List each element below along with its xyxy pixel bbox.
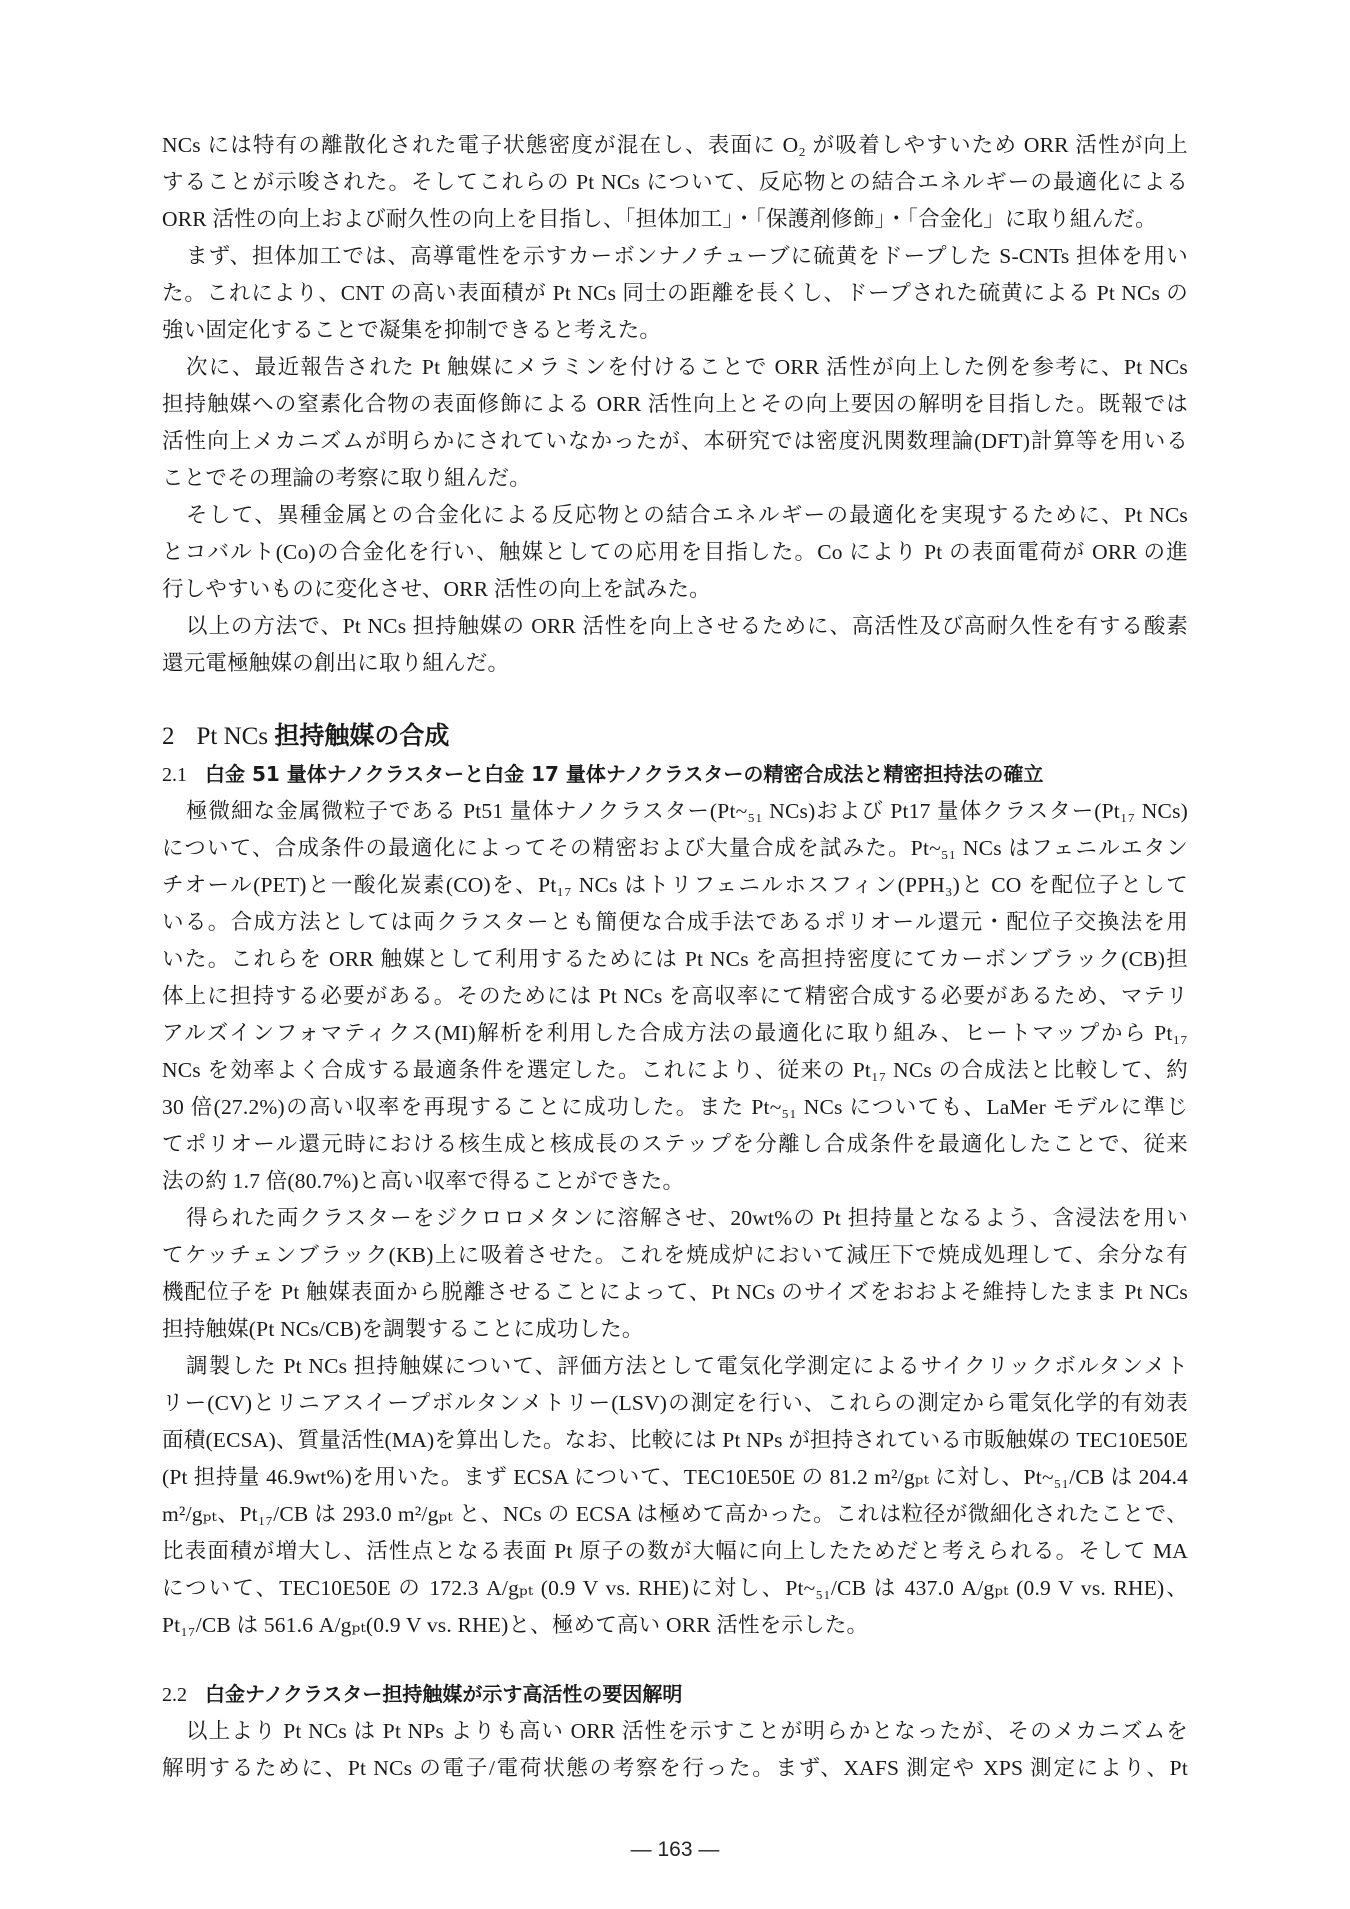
body-text-line: 機配位子を Pt 触媒表面から脱離させることによって、Pt NCs のサイズをお… xyxy=(162,1277,1188,1307)
body-text-line: 活性向上メカニズムが明らかにされていなかったが、本研究では密度汎関数理論(DFT… xyxy=(162,426,1188,456)
document-page: NCs には特有の離散化された電子状態密度が混在し、表面に O₂ が吸着しやすい… xyxy=(0,0,1350,1909)
section-number: 2 xyxy=(162,723,175,750)
body-text-line: 極微細な金属微粒子である Pt51 量体ナノクラスター(Pt~₅₁ NCs)およ… xyxy=(186,796,1188,826)
body-text-line: 次に、最近報告された Pt 触媒にメラミンを付けることで ORR 活性が向上した… xyxy=(186,352,1188,382)
body-text-line: ORR 活性の向上および耐久性の向上を目指し、「担体加工」・「保護剤修飾」・「合… xyxy=(162,204,1188,234)
body-text-line: 担持触媒(Pt NCs/CB)を調製することに成功した。 xyxy=(162,1314,1188,1344)
subsection-title: 白金ナノクラスター担持触媒が示す高活性の要因解明 xyxy=(205,1682,682,1706)
body-text-line: アルズインフォマティクス(MI)解析を利用した合成方法の最適化に取り組み、ヒート… xyxy=(162,1018,1188,1048)
body-text-line: 比表面積が増大し、活性点となる表面 Pt 原子の数が大幅に向上したためだと考えら… xyxy=(162,1536,1188,1566)
body-text-line: 還元電極触媒の創出に取り組んだ。 xyxy=(162,648,1188,678)
body-text-line: 以上より Pt NCs は Pt NPs よりも高い ORR 活性を示すことが明… xyxy=(186,1716,1188,1746)
body-text-line: いた。これらを ORR 触媒として利用するためには Pt NCs を高担持密度に… xyxy=(162,944,1188,974)
body-text-line: てケッチェンブラック(KB)上に吸着させた。これを焼成炉において減圧下で焼成処理… xyxy=(162,1240,1188,1270)
body-text-line: てポリオール還元時における核生成と核成長のステップを分離し合成条件を最適化したこ… xyxy=(162,1129,1188,1159)
body-text-line: について、合成条件の最適化によってその精密および大量合成を試みた。Pt~₅₁ N… xyxy=(162,833,1188,863)
body-text-line: 体上に担持する必要がある。そのためには Pt NCs を高収率にて精密合成する必… xyxy=(162,981,1188,1011)
body-text-line: m²/gₚₜ、Pt₁₇/CB は 293.0 m²/gₚₜ と、NCs の EC… xyxy=(162,1499,1188,1529)
section-heading: 2Pt NCs 担持触媒の合成 xyxy=(162,720,449,753)
body-text-line: 法の約 1.7 倍(80.7%)と高い収率で得ることができた。 xyxy=(162,1166,1188,1196)
body-text-line: ことでその理論の考察に取り組んだ。 xyxy=(162,463,1188,493)
body-text-line: いる。合成方法としては両クラスターとも簡便な合成手法であるポリオール還元・配位子… xyxy=(162,907,1188,937)
body-text-line: とコバルト(Co)の合金化を行い、触媒としての応用を目指した。Co により Pt… xyxy=(162,537,1188,567)
body-text-line: NCs には特有の離散化された電子状態密度が混在し、表面に O₂ が吸着しやすい… xyxy=(162,130,1188,160)
page-number: — 163 — xyxy=(0,1838,1350,1862)
body-text-line: NCs を効率よく合成する最適条件を選定した。これにより、従来の Pt₁₇ NC… xyxy=(162,1055,1188,1085)
body-text-line: 面積(ECSA)、質量活性(MA)を算出した。なお、比較には Pt NPs が担… xyxy=(162,1425,1188,1455)
section-title-latin: Pt NCs xyxy=(197,723,269,750)
body-text-line: リー(CV)とリニアスイープボルタンメトリー(LSV)の測定を行い、これらの測定… xyxy=(162,1388,1188,1418)
body-text-line: 以上の方法で、Pt NCs 担持触媒の ORR 活性を向上させるために、高活性及… xyxy=(186,611,1188,641)
section-title-jp: 担持触媒の合成 xyxy=(274,721,449,750)
body-text-line: 行しやすいものに変化させ、ORR 活性の向上を試みた。 xyxy=(162,574,1188,604)
body-text-line: (Pt 担持量 46.9wt%)を用いた。まず ECSA について、TEC10E… xyxy=(162,1462,1188,1492)
body-text-line: まず、担体加工では、高導電性を示すカーボンナノチューブに硫黄をドープした S-C… xyxy=(186,241,1188,271)
subsection-number: 2.1 xyxy=(162,764,187,786)
body-text-line: することが示唆された。そしてこれらの Pt NCs について、反応物との結合エネ… xyxy=(162,167,1188,197)
body-text-line: 担持触媒への窒素化合物の表面修飾による ORR 活性向上とその向上要因の解明を目… xyxy=(162,389,1188,419)
body-text-line: 調製した Pt NCs 担持触媒について、評価方法として電気化学測定によるサイク… xyxy=(186,1351,1188,1381)
body-text-line: 得られた両クラスターをジクロロメタンに溶解させ、20wt%の Pt 担持量となる… xyxy=(186,1203,1188,1233)
body-text-line: 強い固定化することで凝集を抑制できると考えた。 xyxy=(162,315,1188,345)
subsection-heading: 2.2白金ナノクラスター担持触媒が示す高活性の要因解明 xyxy=(162,1680,682,1709)
subsection-number: 2.2 xyxy=(162,1684,187,1706)
body-text-line: 解明するために、Pt NCs の電子/電荷状態の考察を行った。まず、XAFS 測… xyxy=(162,1753,1188,1783)
body-text-line: そして、異種金属との合金化による反応物との結合エネルギーの最適化を実現するために… xyxy=(186,500,1188,530)
subsection-title: 白金 51 量体ナノクラスターと白金 17 量体ナノクラスターの精密合成法と精密… xyxy=(205,762,1043,786)
body-text-line: 30 倍(27.2%)の高い収率を再現することに成功した。また Pt~₅₁ NC… xyxy=(162,1092,1188,1122)
body-text-line: Pt₁₇/CB は 561.6 A/gₚₜ(0.9 V vs. RHE)と、極め… xyxy=(162,1610,1188,1640)
body-text-line: について、TEC10E50E の 172.3 A/gₚₜ (0.9 V vs. … xyxy=(162,1573,1188,1603)
body-text-line: た。これにより、CNT の高い表面積が Pt NCs 同士の距離を長くし、ドープ… xyxy=(162,278,1188,308)
body-text-line: チオール(PET)と一酸化炭素(CO)を、Pt₁₇ NCs はトリフェニルホスフ… xyxy=(162,870,1188,900)
subsection-heading: 2.1白金 51 量体ナノクラスターと白金 17 量体ナノクラスターの精密合成法… xyxy=(162,760,1043,789)
